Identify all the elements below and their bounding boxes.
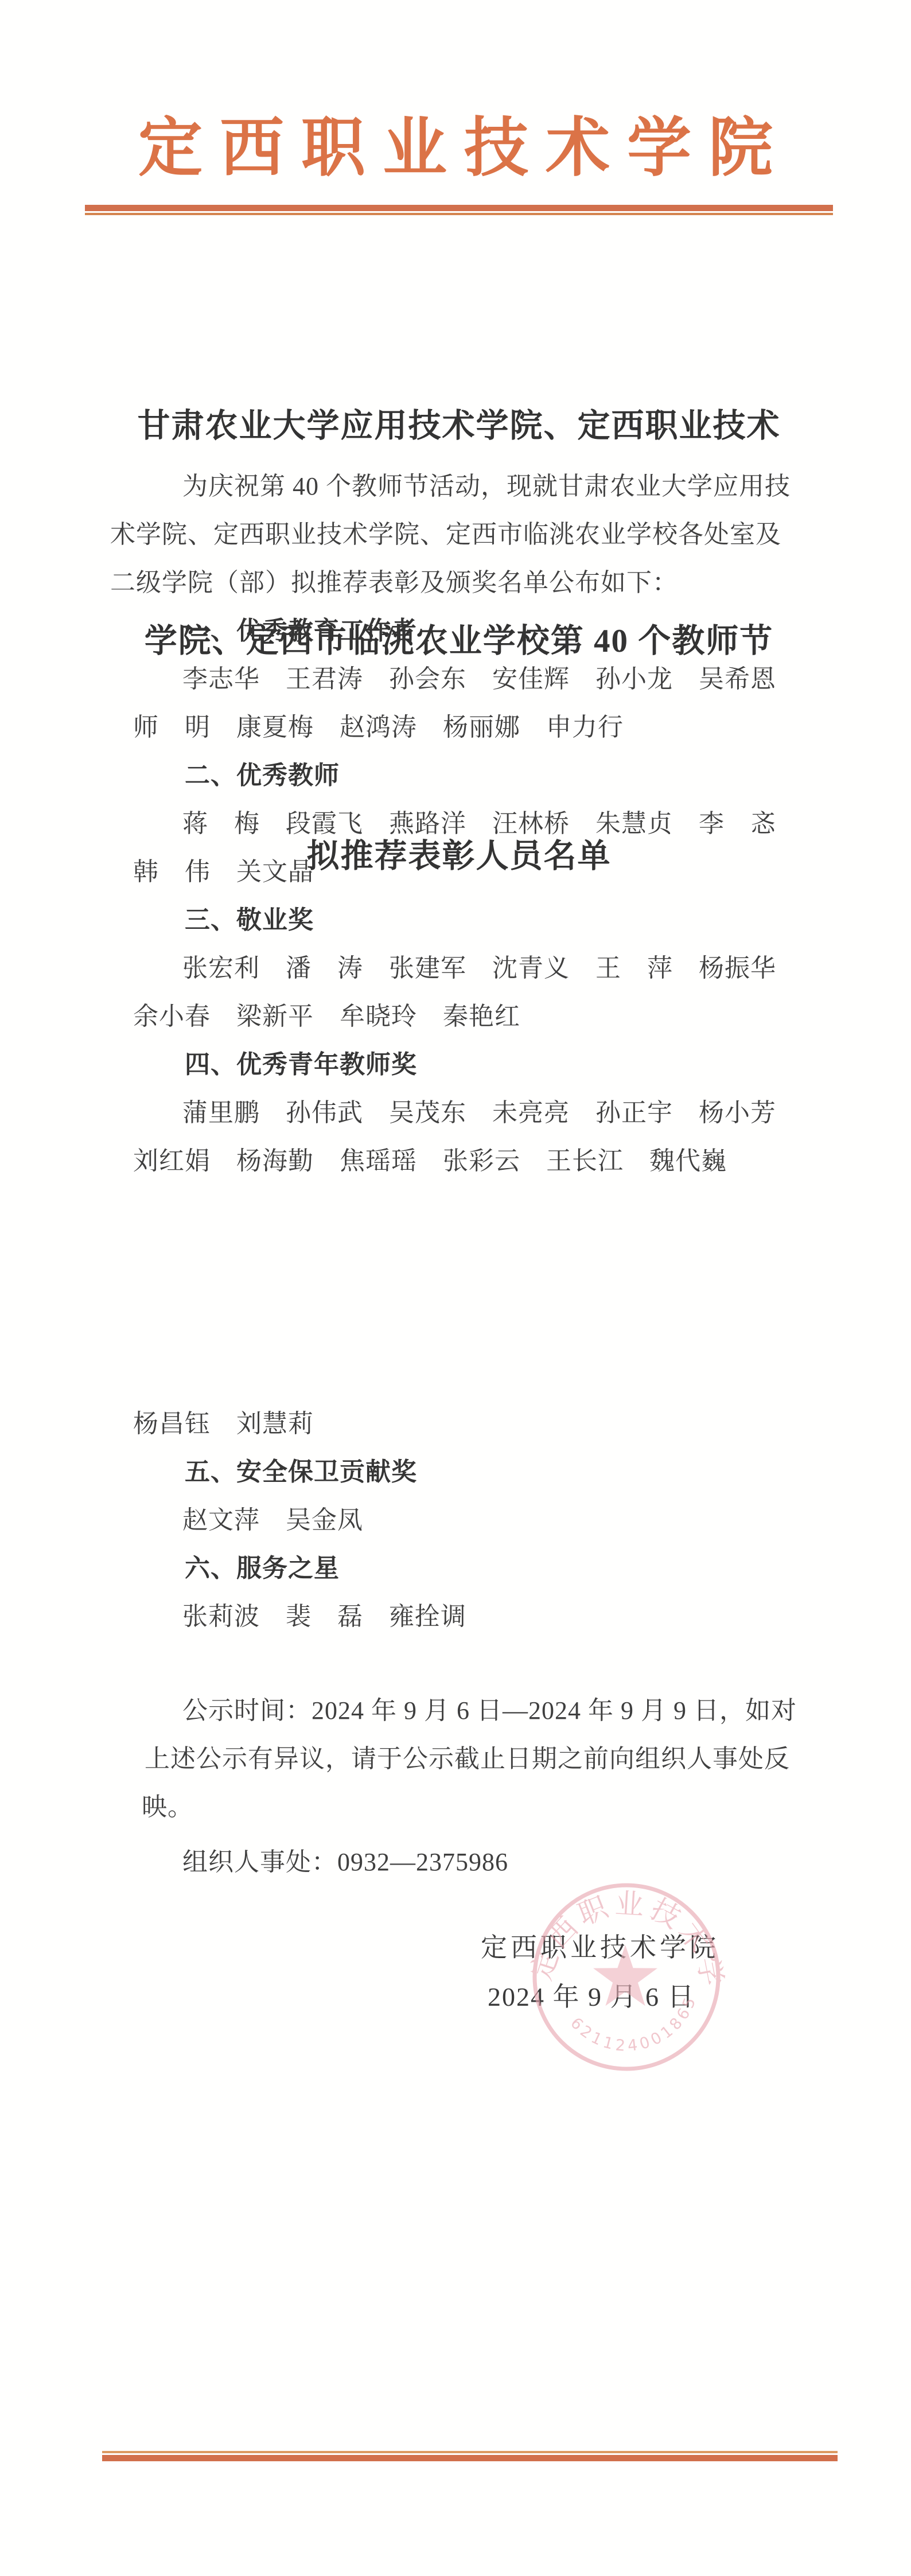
award-names-line: 韩 伟 关文晶 <box>110 848 781 896</box>
letterhead-divider <box>85 205 833 215</box>
document-title-line: 甘肃农业大学应用技术学院、定西职业技术 <box>85 390 833 462</box>
footer-divider <box>102 2451 838 2461</box>
seal-star-icon <box>593 1945 657 2006</box>
award-names-line: 刘红娟 杨海勤 焦瑶瑶 张彩云 王长江 魏代巍 <box>110 1137 781 1185</box>
notice-line: 上述公示有异议，请于公示截止日期之前向组织人事处反 <box>110 1735 781 1783</box>
notice-line: 映。 <box>110 1783 781 1831</box>
section-heading-outstanding-education-workers: 一、优秀教育工作者 <box>110 607 781 655</box>
award-names-line: 师 明 康夏梅 赵鸿涛 杨丽娜 申力行 <box>110 703 781 752</box>
award-names-line: 蒋 梅 段霞飞 燕路洋 汪林桥 朱慧贞 李 忞 <box>110 800 781 848</box>
section-heading-outstanding-young-teachers-award: 四、优秀青年教师奖 <box>110 1041 781 1089</box>
letterhead-org-name: 定西职业技术学院 <box>0 96 911 189</box>
letterhead-divider-thin-line <box>85 213 833 215</box>
award-names-line: 蒲里鹏 孙伟武 吴茂东 未亮亮 孙正宇 杨小芳 <box>110 1089 781 1137</box>
section-heading-security-contribution-award: 五、安全保卫贡献奖 <box>110 1448 781 1496</box>
award-names-line: 杨昌钰 刘慧莉 <box>110 1400 781 1448</box>
award-names-line: 李志华 王君涛 孙会东 安佳辉 孙小龙 吴希恩 <box>110 655 781 703</box>
letterhead-divider-thick-line <box>85 205 833 211</box>
award-names-line: 张宏利 潘 涛 张建军 沈青义 王 萍 杨振华 <box>110 944 781 993</box>
section-heading-outstanding-teachers: 二、优秀教师 <box>110 752 781 800</box>
scanned-document-page: 定西职业技术学院 甘肃农业大学应用技术学院、定西职业技术 学院、定西市临洮农业学… <box>0 0 911 2576</box>
intro-line: 为庆祝第 40 个教师节活动，现就甘肃农业大学应用技 <box>110 462 781 511</box>
notice-line: 公示时间：2024 年 9 月 6 日—2024 年 9 月 9 日，如对 <box>110 1687 781 1735</box>
document-body: 为庆祝第 40 个教师节活动，现就甘肃农业大学应用技 术学院、定西职业技术学院、… <box>0 462 911 1886</box>
footer-divider-thick-line <box>102 2455 838 2461</box>
intro-line: 术学院、定西职业技术学院、定西市临洮农业学校各处室及 <box>110 511 781 559</box>
section-heading-service-star: 六、服务之星 <box>110 1544 781 1593</box>
section-heading-dedication-award: 三、敬业奖 <box>110 896 781 944</box>
award-names-line: 张莉波 裴 磊 雍拴调 <box>110 1593 781 1641</box>
intro-line: 二级学院（部）拟推荐表彰及颁奖名单公布如下： <box>110 559 781 607</box>
award-names-line: 赵文萍 吴金凤 <box>110 1496 781 1544</box>
official-seal: 定西职业技术学院 6211240018656 <box>527 1877 726 2077</box>
award-names-line: 余小春 梁新平 牟晓玲 秦艳红 <box>110 993 781 1041</box>
